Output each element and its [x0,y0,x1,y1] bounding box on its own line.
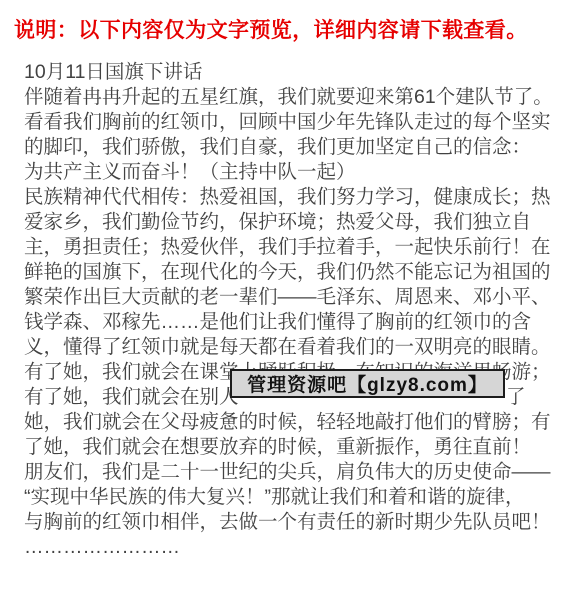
text-line: …………………… [24,535,572,560]
text-line: “实现中华民族的伟大复兴！”那就让我们和着和谐的旋律， [24,485,572,510]
text-line: 与胸前的红领巾相伴，去做一个有责任的新时期少先队员吧！ [24,510,572,535]
text-line: 钱学森、邓稼先……是他们让我们懂得了胸前的红领巾的含 [24,310,572,335]
text-line: 义，懂得了红领巾就是每天都在看着我们的一双明亮的眼睛。 [24,335,572,360]
text-line: 了她，我们就会在想要放弃的时候，重新振作，勇往直前！ [24,435,572,460]
watermark-text: 管理资源吧【glzy8.com】 [247,370,488,397]
text-line: 主，勇担责任；热爱伙伴，我们手拉着手，一起快乐前行！在 [24,235,572,260]
text-line: 她，我们就会在父母疲惫的时候，轻轻地敲打他们的臂膀；有 [24,410,572,435]
document-body: 10月11日国旗下讲话 伴随着冉冉升起的五星红旗，我们就要迎来第61个建队节了。… [24,60,572,560]
text-line: 爱家乡，我们勤俭节约，保护环境；热爱父母，我们独立自 [24,210,572,235]
document-lines: 伴随着冉冉升起的五星红旗，我们就要迎来第61个建队节了。看看我们胸前的红领巾，回… [24,85,572,560]
preview-notice: 说明：以下内容仅为文字预览，详细内容请下载查看。 [14,14,528,44]
text-line: 民族精神代代相传：热爱祖国，我们努力学习，健康成长；热 [24,185,572,210]
text-line: 为共产主义而奋斗！（主持中队一起） [24,160,572,185]
text-line: 看看我们胸前的红领巾，回顾中国少年先锋队走过的每个坚实 [24,110,572,135]
text-line: 的脚印，我们骄傲，我们自豪，我们更加坚定自己的信念： [24,135,572,160]
document-title: 10月11日国旗下讲话 [24,60,572,85]
line14-tail-text: 了 [506,385,526,410]
text-line: 鲜艳的国旗下，在现代化的今天，我们仍然不能忘记为祖国的 [24,260,572,285]
text-line: 繁荣作出巨大贡献的老一辈们——毛泽东、周恩来、邓小平、 [24,285,572,310]
watermark-box: 管理资源吧【glzy8.com】 [230,369,505,398]
text-line: 朋友们，我们是二十一世纪的尖兵，肩负伟大的历史使命—— [24,460,572,485]
text-line: 伴随着冉冉升起的五星红旗，我们就要迎来第61个建队节了。 [24,85,572,110]
